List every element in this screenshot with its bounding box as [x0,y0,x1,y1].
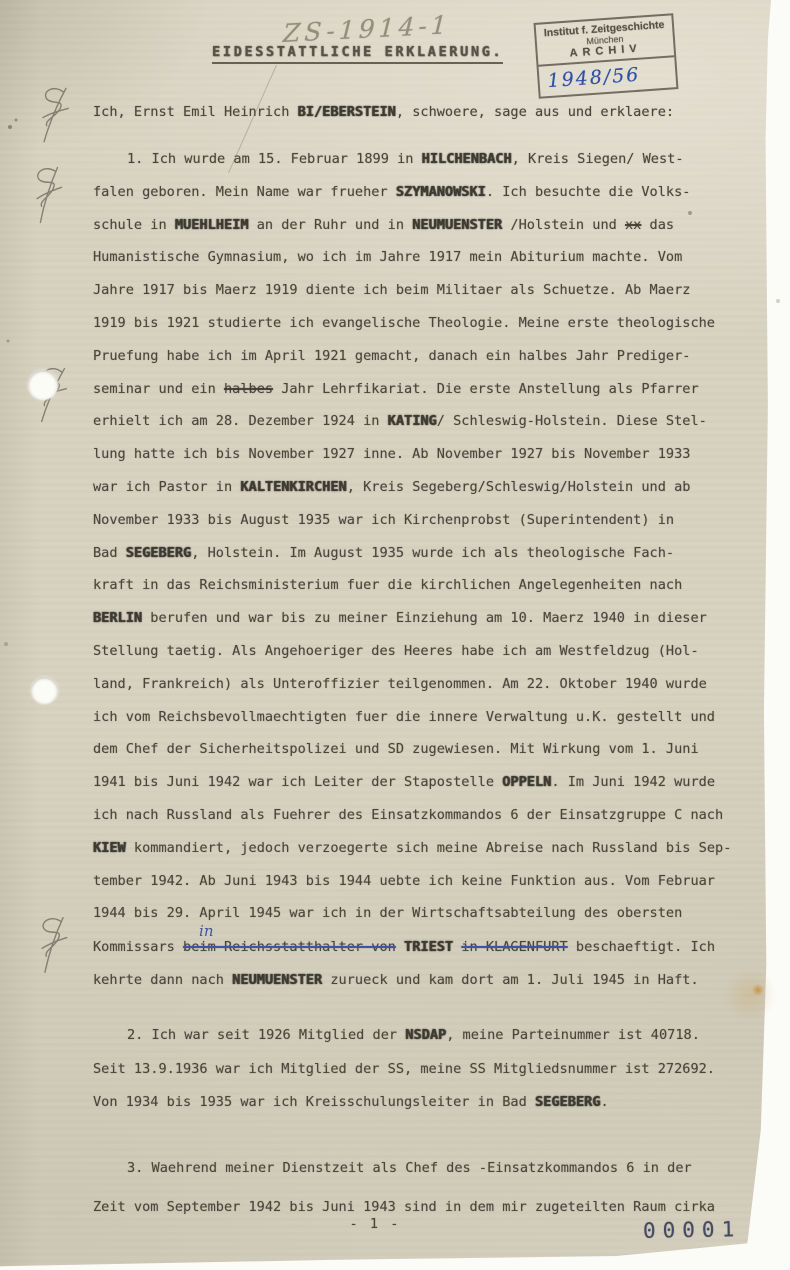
paper-specks [0,0,2,2]
struck-text: halbes [224,381,273,397]
emphasized-name: BI/EBERSTEIN [298,104,396,120]
typed-line: 2. Ich war seit 1926 Mitglied der NSDAP,… [93,1019,757,1053]
struck-text: xx [625,217,641,233]
typed-line: kehrte dann nach NEUMUENSTER zurueck und… [93,964,757,997]
typed-paragraph-1: 1. Ich wurde am 15. Februar 1899 in HILC… [93,143,757,997]
typed-line: Kommissars inbeim Reichsstatthalter von … [93,930,757,964]
emphasized-name: OPPELN [502,774,551,790]
typed-line: war ich Pastor in KALTENKIRCHEN, Kreis S… [93,471,757,504]
margin-initials-icon [32,83,78,148]
emphasized-name: NEUMUENSTER [232,972,322,988]
typed-line: erhielt ich am 28. Dezember 1924 in KATI… [93,405,757,438]
punch-hole [28,370,58,400]
punch-hole [31,677,58,704]
typed-line: 1944 bis 29. April 1945 war ich in der W… [93,897,757,930]
margin-initials-icon [25,163,72,229]
typed-line: Ich, Ernst Emil Heinrich BI/EBERSTEIN, s… [93,96,757,129]
document-title: EIDESSTATTLICHE ERKLAERUNG. [212,44,503,64]
typed-line: 3. Waehrend meiner Dienstzeit als Chef d… [93,1149,757,1188]
typed-line: lung hatte ich bis November 1927 inne. A… [93,438,757,471]
typed-line: ich nach Russland als Fuehrer des Einsat… [93,799,757,832]
emphasized-name: KALTENKIRCHEN [240,479,346,495]
struck-text: in KLAGENFURT [461,939,567,955]
typed-line: 1941 bis Juni 1942 war ich Leiter der St… [93,766,757,799]
typed-line: Von 1934 bis 1935 war ich Kreisschulungs… [93,1086,757,1120]
margin-initials-icon [31,910,77,981]
emphasized-name: HILCHENBACH [422,151,512,167]
serial-number-stamp: 00001 [643,1217,742,1243]
typed-paragraph-3: 3. Waehrend meiner Dienstzeit als Chef d… [93,1149,757,1227]
typed-line: November 1933 bis August 1935 war ich Ki… [93,504,757,537]
emphasized-name: KIEW [93,840,126,856]
typed-line: Stellung taetig. Als Angehoeriger des He… [93,635,757,668]
typed-line: kraft in das Reichsministerium fuer die … [93,569,757,602]
emphasized-name: NSDAP [405,1027,446,1043]
typed-line: falen geboren. Mein Name war frueher SZY… [93,176,757,209]
archive-stamp: Institut f. Zeitgeschichte München ARCHI… [534,13,679,99]
emphasized-name: TRIEST [404,939,453,955]
emphasized-name: BERLIN [93,610,142,626]
typed-intro-line: Ich, Ernst Emil Heinrich BI/EBERSTEIN, s… [93,96,757,129]
emphasized-name: MUEHLHEIM [175,217,249,233]
typed-line: Humanistische Gymnasium, wo ich im Jahre… [93,241,757,274]
typed-line: BERLIN berufen und war bis zu meiner Ein… [93,602,757,635]
struck-text: beim Reichsstatthalter von [183,939,396,955]
typed-line: ich vom Reichsbevollmaechtigten fuer die… [93,701,757,734]
typed-line: 1919 bis 1921 studierte ich evangelische… [93,307,757,340]
typed-line: tember 1942. Ab Juni 1943 bis 1944 uebte… [93,865,757,898]
typed-line: Bad SEGEBERG, Holstein. Im August 1935 w… [93,537,757,570]
emphasized-name: SEGEBERG [535,1094,600,1110]
emphasized-name: KATING [388,413,437,429]
typed-line: schule in MUEHLHEIM an der Ruhr und in N… [93,209,757,242]
typed-line: land, Frankreich) als Unteroffizier teil… [93,668,757,701]
typed-line: Jahre 1917 bis Maerz 1919 diente ich bei… [93,274,757,307]
typed-line: KIEW kommandiert, jedoch verzoegerte sic… [93,832,757,865]
typed-paragraph-2: 2. Ich war seit 1926 Mitglied der NSDAP,… [93,1019,757,1120]
typed-line: dem Chef der Sicherheitspolizei und SD z… [93,733,757,766]
typed-line: Pruefung habe ich im April 1921 gemacht,… [93,340,757,373]
typed-line: Seit 13.9.1936 war ich Mitglied der SS, … [93,1053,757,1087]
typed-line: 1. Ich wurde am 15. Februar 1899 in HILC… [93,143,757,176]
emphasized-name: NEUMUENSTER [412,217,502,233]
emphasized-name: SZYMANOWSKI [396,184,486,200]
page-number: - 1 - [330,1216,420,1232]
emphasized-name: SEGEBERG [126,545,191,561]
typed-line: seminar und ein halbes Jahr Lehrfikariat… [93,373,757,406]
